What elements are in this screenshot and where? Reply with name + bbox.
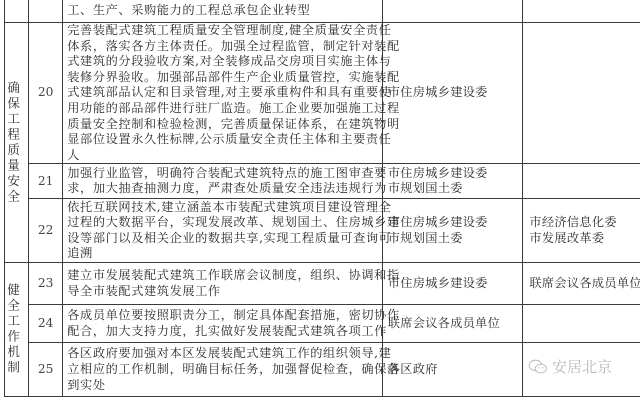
task-cell: 工、生产、采购能力的工程总承包企业转型	[63, 0, 383, 23]
task-line: 求，加大抽查抽测力度，严肃查处质量安全违法违规行为	[67, 181, 378, 197]
task-cell: 建立市发展装配式建筑工作联席会议制度，组织、协调和指 导全市装配式建筑发展工作	[63, 263, 383, 305]
task-cell: 依托互联网技术,建立涵盖本市装配式建筑项目建设管理全 过程的大数据平台，实现发展…	[63, 199, 383, 263]
support-unit-cell: 市经济信息化委 市发展改革委	[523, 199, 640, 263]
policy-task-table: 工、生产、采购能力的工程总承包企业转型 确保工程质量安全 20 完善装配式建筑工…	[4, 0, 640, 397]
lead-unit: 市住房城乡建设委	[388, 85, 518, 101]
support-unit-cell	[523, 23, 640, 164]
task-cell: 加强行业监管，明确符合装配式建筑特点的施工图审查要 求，加大抽查抽测力度，严肃查…	[63, 164, 383, 199]
task-line: 工、生产、采购能力的工程总承包企业转型	[67, 3, 378, 19]
task-line: 完善装配式建筑工程质量安全管理制度,健全质量安全责任	[67, 23, 378, 39]
support-unit: 市发展改革委	[529, 231, 637, 247]
lead-unit-cell: 市住房城乡建设委 市规划国土委	[382, 164, 523, 199]
category-label: 健全工作机制	[5, 283, 21, 376]
category-label: 确保工程质量安全	[5, 81, 21, 205]
task-line: 体系，落实各方主体责任。加强全过程监管，制定针对装配	[67, 39, 378, 55]
wechat-icon	[528, 359, 548, 375]
support-unit-cell	[523, 164, 640, 199]
lead-unit: 各区政府	[388, 362, 518, 378]
number-cell: 23	[29, 263, 63, 305]
table-row-continued: 工、生产、采购能力的工程总承包企业转型	[5, 0, 640, 23]
table-row: 24 各成员单位要按照职责分工，制定具体配套措施，密切协作 配合，加大支持力度，…	[5, 305, 640, 343]
watermark: 安居北京	[528, 356, 612, 377]
number-cell	[29, 0, 63, 23]
table-row: 健全工作机制 23 建立市发展装配式建筑工作联席会议制度，组织、协调和指 导全市…	[5, 263, 640, 305]
task-line: 立相应的工作机制，明确目标任务，加强督促检查，确保落	[67, 362, 378, 378]
task-line: 各区政府要加强对本区发展装配式建筑工作的组织领导,建	[67, 346, 378, 362]
category-cell	[5, 0, 29, 23]
table-row: 确保工程质量安全 20 完善装配式建筑工程质量安全管理制度,健全质量安全责任 体…	[5, 23, 640, 164]
lead-unit-cell	[382, 0, 523, 23]
support-unit-cell	[523, 0, 640, 23]
lead-unit-cell: 市住房城乡建设委	[382, 23, 523, 164]
task-line: 质量安全控制和检验检测，完善质量保证体系，在建筑物明	[67, 117, 378, 133]
task-line: 过程的大数据平台，实现发展改革、规划国土、住房城乡建	[67, 215, 378, 231]
task-line: 显部位设置永久性标牌,公示质量安全责任主体和主要责任	[67, 132, 378, 148]
task-line: 加强行业监管，明确符合装配式建筑特点的施工图审查要	[67, 166, 378, 182]
task-line: 式建筑部品认定和目录管理,对主要承重构件和具有重要使	[67, 85, 378, 101]
support-unit-cell	[523, 305, 640, 343]
task-cell: 完善装配式建筑工程质量安全管理制度,健全质量安全责任 体系，落实各方主体责任。加…	[63, 23, 383, 164]
support-unit-cell: 联席会议各成员单位	[523, 263, 640, 305]
number-cell: 20	[29, 23, 63, 164]
category-cell: 健全工作机制	[5, 263, 29, 397]
task-line: 人	[67, 148, 378, 164]
task-line: 依托互联网技术,建立涵盖本市装配式建筑项目建设管理全	[67, 200, 378, 216]
task-line: 导全市装配式建筑发展工作	[67, 284, 378, 300]
task-line: 追溯	[67, 246, 378, 262]
number-cell: 25	[29, 343, 63, 397]
task-line: 装修分界验收。加强部品部件生产企业质量管控，实施装配	[67, 70, 378, 86]
task-line: 用功能的部品部件进行驻厂监造。施工企业要加强施工过程	[67, 101, 378, 117]
lead-unit: 市住房城乡建设委	[388, 215, 518, 231]
task-line: 到实处	[67, 378, 378, 394]
task-line: 设等部门以及相关企业的数据共享,实现工程质量可查询可	[67, 231, 378, 247]
lead-unit: 市住房城乡建设委	[388, 276, 518, 292]
table-row: 22 依托互联网技术,建立涵盖本市装配式建筑项目建设管理全 过程的大数据平台，实…	[5, 199, 640, 263]
task-cell: 各区政府要加强对本区发展装配式建筑工作的组织领导,建 立相应的工作机制，明确目标…	[63, 343, 383, 397]
lead-unit-cell: 各区政府	[382, 343, 523, 397]
support-unit: 联席会议各成员单位	[529, 276, 637, 292]
watermark-text: 安居北京	[552, 356, 612, 377]
number-cell: 21	[29, 164, 63, 199]
number-cell: 22	[29, 199, 63, 263]
task-line: 配合，加大支持力度，扎实做好发展装配式建筑各项工作	[67, 324, 378, 340]
table-row: 21 加强行业监管，明确符合装配式建筑特点的施工图审查要 求，加大抽查抽测力度，…	[5, 164, 640, 199]
task-line: 式建筑的分段验收方案,对全装修成品交房项目实施主体与	[67, 54, 378, 70]
lead-unit: 联席会议各成员单位	[388, 316, 518, 332]
lead-unit-cell: 市住房城乡建设委	[382, 263, 523, 305]
lead-unit-cell: 联席会议各成员单位	[382, 305, 523, 343]
lead-unit-cell: 市住房城乡建设委 市规划国土委	[382, 199, 523, 263]
lead-unit: 市住房城乡建设委	[388, 166, 518, 182]
lead-unit: 市规划国土委	[388, 181, 518, 197]
lead-unit: 市规划国土委	[388, 231, 518, 247]
task-line: 建立市发展装配式建筑工作联席会议制度，组织、协调和指	[67, 268, 378, 284]
task-cell: 各成员单位要按照职责分工，制定具体配套措施，密切协作 配合，加大支持力度，扎实做…	[63, 305, 383, 343]
number-cell: 24	[29, 305, 63, 343]
category-cell: 确保工程质量安全	[5, 23, 29, 263]
task-line: 各成员单位要按照职责分工，制定具体配套措施，密切协作	[67, 308, 378, 324]
support-unit: 市经济信息化委	[529, 215, 637, 231]
